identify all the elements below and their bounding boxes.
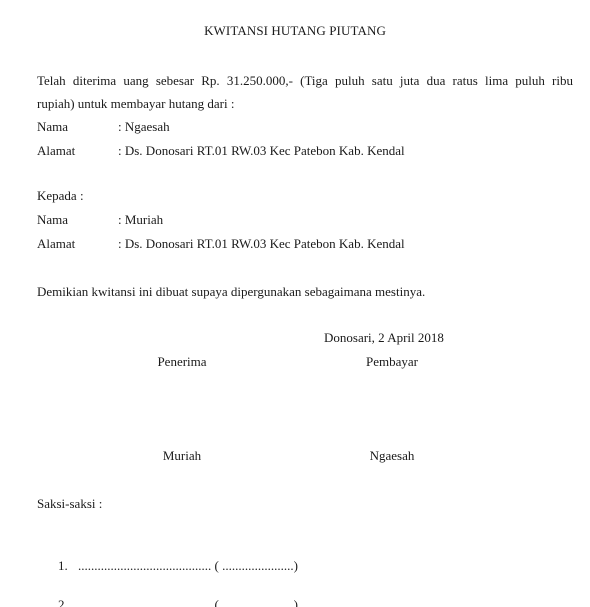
- witness-1-line: ........................................…: [78, 558, 298, 574]
- recipient-name-value: : Muriah: [118, 212, 163, 228]
- recipient-address-label: Alamat: [37, 236, 75, 252]
- recipient-address-value: : Ds. Donosari RT.01 RW.03 Kec Patebon K…: [118, 236, 405, 252]
- closing-statement: Demikian kwitansi ini dibuat supaya dipe…: [37, 284, 425, 300]
- payer-signature-name: Ngaesah: [342, 448, 442, 464]
- receiver-signature-name: Muriah: [132, 448, 232, 464]
- witness-1-number: 1.: [58, 558, 68, 574]
- payer-address-label: Alamat: [37, 143, 75, 159]
- witness-2-number: 2.: [58, 597, 68, 607]
- place-date: Donosari, 2 April 2018: [324, 330, 444, 346]
- to-label: Kepada :: [37, 188, 84, 204]
- payer-address-value: : Ds. Donosari RT.01 RW.03 Kec Patebon K…: [118, 143, 405, 159]
- intro-text-line2: rupiah) untuk membayar hutang dari :: [37, 96, 234, 112]
- payer-label: Pembayar: [342, 354, 442, 370]
- payer-name-value: : Ngaesah: [118, 119, 170, 135]
- intro-text-line1: Telah diterima uang sebesar Rp. 31.250.0…: [37, 73, 573, 89]
- witness-2-line: ........................................…: [78, 597, 298, 607]
- payer-name-label: Nama: [37, 119, 68, 135]
- receiver-label: Penerima: [132, 354, 232, 370]
- document-title: KWITANSI HUTANG PIUTANG: [0, 23, 590, 39]
- recipient-name-label: Nama: [37, 212, 68, 228]
- witnesses-label: Saksi-saksi :: [37, 496, 102, 512]
